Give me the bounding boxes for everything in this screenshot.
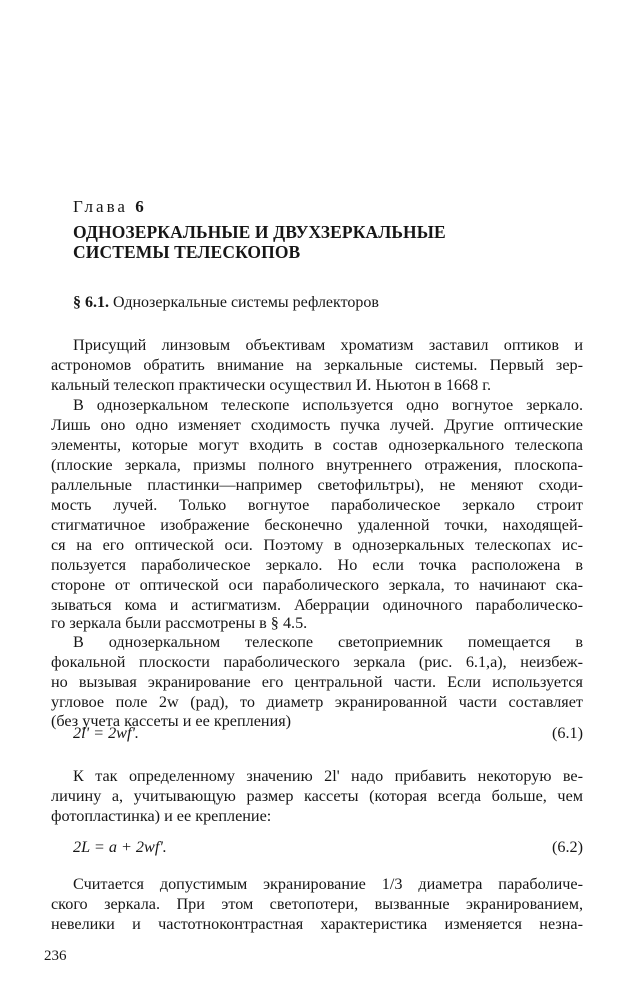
text-line: В однозеркальном телескопе светоприемник… — [73, 632, 583, 652]
text-line: но вызывая экранирование его центральной… — [51, 672, 583, 692]
text-line: фотопластинка) и ее крепление: — [51, 806, 583, 826]
page-number: 236 — [44, 948, 67, 965]
text-line: астрономов обратить внимание на зеркальн… — [51, 355, 583, 375]
text-line: В однозеркальном телескопе используется … — [73, 395, 583, 415]
section-number: § 6.1. — [73, 294, 109, 311]
equation-number: (6.1) — [552, 724, 583, 743]
text-line: раллельные пластинки—например светофильт… — [51, 475, 583, 495]
chapter-label: Глава 6 — [73, 197, 144, 217]
text-line: стигматичное изображение бесконечно удал… — [51, 515, 583, 535]
chapter-word: Глава — [73, 197, 128, 216]
chapter-title-line1: ОДНОЗЕРКАЛЬНЫЕ И ДВУХЗЕРКАЛЬНЫЕ — [73, 222, 446, 243]
text-line: личину а, учитывающую размер кассеты (ко… — [51, 786, 583, 806]
text-line: Присущий линзовым объективам хроматизм з… — [73, 335, 583, 355]
text-line: угловое поле 2w (рад), то диаметр экрани… — [51, 692, 583, 712]
text-line: (плоские зеркала, призмы полного внутрен… — [51, 455, 583, 475]
text-line: кальный телескоп практически осуществил … — [51, 375, 583, 395]
text-line: К так определенному значению 2l' надо пр… — [73, 766, 583, 786]
equation-formula: 2l' = 2wf'. — [73, 724, 139, 743]
text-line: мость лучей. Только вогнутое параболичес… — [51, 495, 583, 515]
formula-text: 2l' = 2wf'. — [73, 724, 139, 742]
section-heading: § 6.1. Однозеркальные системы рефлекторо… — [73, 294, 379, 312]
text-line: Лишь оно одно изменяет сходимость пучка … — [51, 415, 583, 435]
text-line: стороне от оптической оси параболическог… — [51, 575, 583, 595]
text-line: ся на его оптической оси. Поэтому в одно… — [51, 535, 583, 555]
chapter-number: 6 — [135, 197, 144, 216]
formula-text: 2L = a + 2wf'. — [73, 838, 167, 856]
text-line: невелики и частотноконтрастная характери… — [51, 914, 583, 934]
chapter-title-line2: СИСТЕМЫ ТЕЛЕСКОПОВ — [73, 242, 300, 263]
text-line: фокальной плоскости параболического зерк… — [51, 652, 583, 672]
text-line: пользуется параболическое зеркало. Но ес… — [51, 555, 583, 575]
text-line: зываться кома и астигматизм. Аберрации о… — [51, 595, 583, 615]
text-line: ского зеркала. При этом светопотери, выз… — [51, 894, 583, 914]
section-title: Однозеркальные системы рефлекторов — [113, 294, 379, 311]
equation-formula: 2L = a + 2wf'. — [73, 838, 167, 857]
text-line: элементы, которые могут входить в состав… — [51, 435, 583, 455]
text-line: го зеркала были рассмотрены в § 4.5. — [51, 613, 583, 633]
equation-number: (6.2) — [552, 838, 583, 857]
text-line: Считается допустимым экранирование 1/3 д… — [73, 874, 583, 894]
